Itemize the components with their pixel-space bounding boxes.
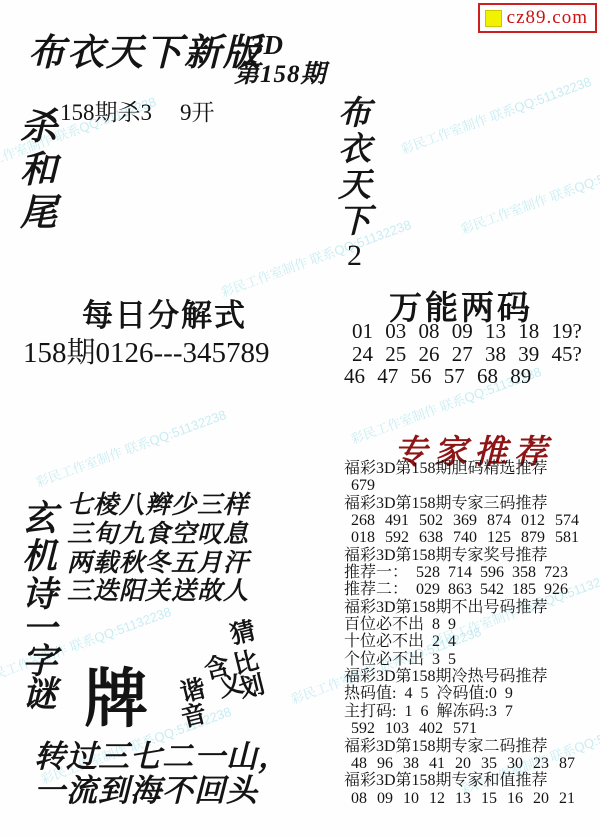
poem-line: 三迭阳关送故人: [67, 578, 249, 607]
expert-line: 592 103 402 571: [342, 720, 600, 737]
vertical-brand-name: 布 衣 天 下 2: [338, 96, 371, 272]
vertical-char: 衣: [338, 132, 371, 168]
vertical-char: 机: [22, 538, 57, 576]
codes-row: 46 47 56 57 68 89: [344, 365, 582, 388]
expert-line: 08 09 10 12 13 15 16 20 21: [342, 790, 600, 807]
vertical-char: 布: [338, 96, 371, 132]
vertical-char: 谜: [22, 678, 57, 711]
mystery-poem-label: 玄 机 诗: [22, 500, 57, 614]
expert-line: 福彩3D第158期胆码精选推荐: [342, 460, 600, 477]
expert-line: 福彩3D第158期专家奖号推荐: [342, 547, 600, 564]
expert-line: 福彩3D第158期专家和值推荐: [342, 772, 600, 789]
watermark: 彩民工作室制作 联系QQ:51132238: [458, 151, 600, 238]
universal-two-codes-grid: 01 03 08 09 13 18 19? 24 25 26 27 38 39 …: [352, 320, 582, 388]
poem-line: 七棱八辫少三样: [67, 492, 249, 521]
site-badge[interactable]: cz89.com: [478, 3, 597, 33]
codes-row: 01 03 08 09 13 18 19?: [352, 320, 582, 343]
vertical-char: 玄: [22, 500, 57, 538]
yellow-square-icon: [485, 10, 502, 27]
issue-label: 第158期: [234, 54, 327, 90]
tip-sheet-page: 彩民工作室制作 联系QQ:51132238 彩民工作室制作 联系QQ:51132…: [0, 0, 600, 838]
page-title: 布衣天下新版: [28, 22, 262, 76]
expert-line: 个位必不出 3 5: [342, 651, 600, 668]
expert-line: 主打码: 1 6 解冻码:3 7: [342, 703, 600, 720]
expert-line: 推荐二： 029 863 542 185 926: [342, 581, 600, 598]
vertical-char: 字: [22, 645, 57, 678]
expert-line: 福彩3D第158期不出号码推荐: [342, 599, 600, 616]
vertical-char: 一: [22, 612, 57, 645]
expert-line: 十位必不出 2 4: [342, 633, 600, 650]
poem-line: 三旬九食空叹息: [67, 521, 249, 550]
brand-number: 2: [338, 240, 371, 272]
poem-line: 两载秋冬五月汗: [67, 550, 249, 579]
daily-breakdown-title: 每日分解式: [82, 290, 247, 335]
mystery-poem: 七棱八辫少三样 三旬九食空叹息 两载秋冬五月汗 三迭阳关送故人: [67, 492, 249, 607]
riddle-answer-char: 牌: [84, 648, 148, 740]
vertical-char: 尾: [20, 192, 57, 235]
watermark: 彩民工作室制作 联系QQ:51132238: [218, 214, 414, 301]
one-char-riddle-label: 一 字 谜: [22, 612, 57, 711]
expert-line: 48 96 38 41 20 35 30 23 87: [342, 755, 600, 772]
expert-line: 018 592 638 740 125 879 581: [342, 529, 600, 546]
vertical-char: 下: [338, 204, 371, 240]
expert-line: 福彩3D第158期冷热号码推荐: [342, 668, 600, 685]
vertical-char: 和: [20, 149, 57, 192]
expert-line: 热码值: 4 5 冷码值:0 9: [342, 685, 600, 702]
expert-line: 福彩3D第158期专家三码推荐: [342, 495, 600, 512]
expert-line: 推荐一： 528 714 596 358 723: [342, 564, 600, 581]
expert-line: 268 491 502 369 874 012 574: [342, 512, 600, 529]
vertical-kill-sum-tail: 杀 和 尾: [20, 106, 57, 235]
couplet-line: 转过三七二一山，: [34, 740, 290, 774]
vertical-char: 杀: [20, 106, 57, 149]
watermark: 彩民工作室制作 联系QQ:51132238: [398, 71, 594, 158]
expert-line: 679: [342, 477, 600, 494]
vertical-char: 天: [338, 168, 371, 204]
expert-line: 百位必不出 8 9: [342, 616, 600, 633]
bottom-couplet: 转过三七二一山， 一流到海不回头: [34, 740, 290, 808]
site-badge-text: cz89.com: [507, 7, 588, 29]
open-number-text: 9开: [180, 94, 215, 127]
daily-breakdown-formula: 158期0126---345789: [23, 330, 269, 371]
expert-recommendation-list: 福彩3D第158期胆码精选推荐 679 福彩3D第158期专家三码推荐 268 …: [342, 460, 600, 807]
codes-row: 24 25 26 27 38 39 45?: [352, 343, 582, 366]
expert-line: 福彩3D第158期专家二码推荐: [342, 738, 600, 755]
kill-number-text: 158期杀3: [60, 94, 152, 127]
watermark: 彩民工作室制作 联系QQ:51132238: [33, 404, 229, 491]
couplet-line: 一流到海不回头: [34, 774, 290, 808]
